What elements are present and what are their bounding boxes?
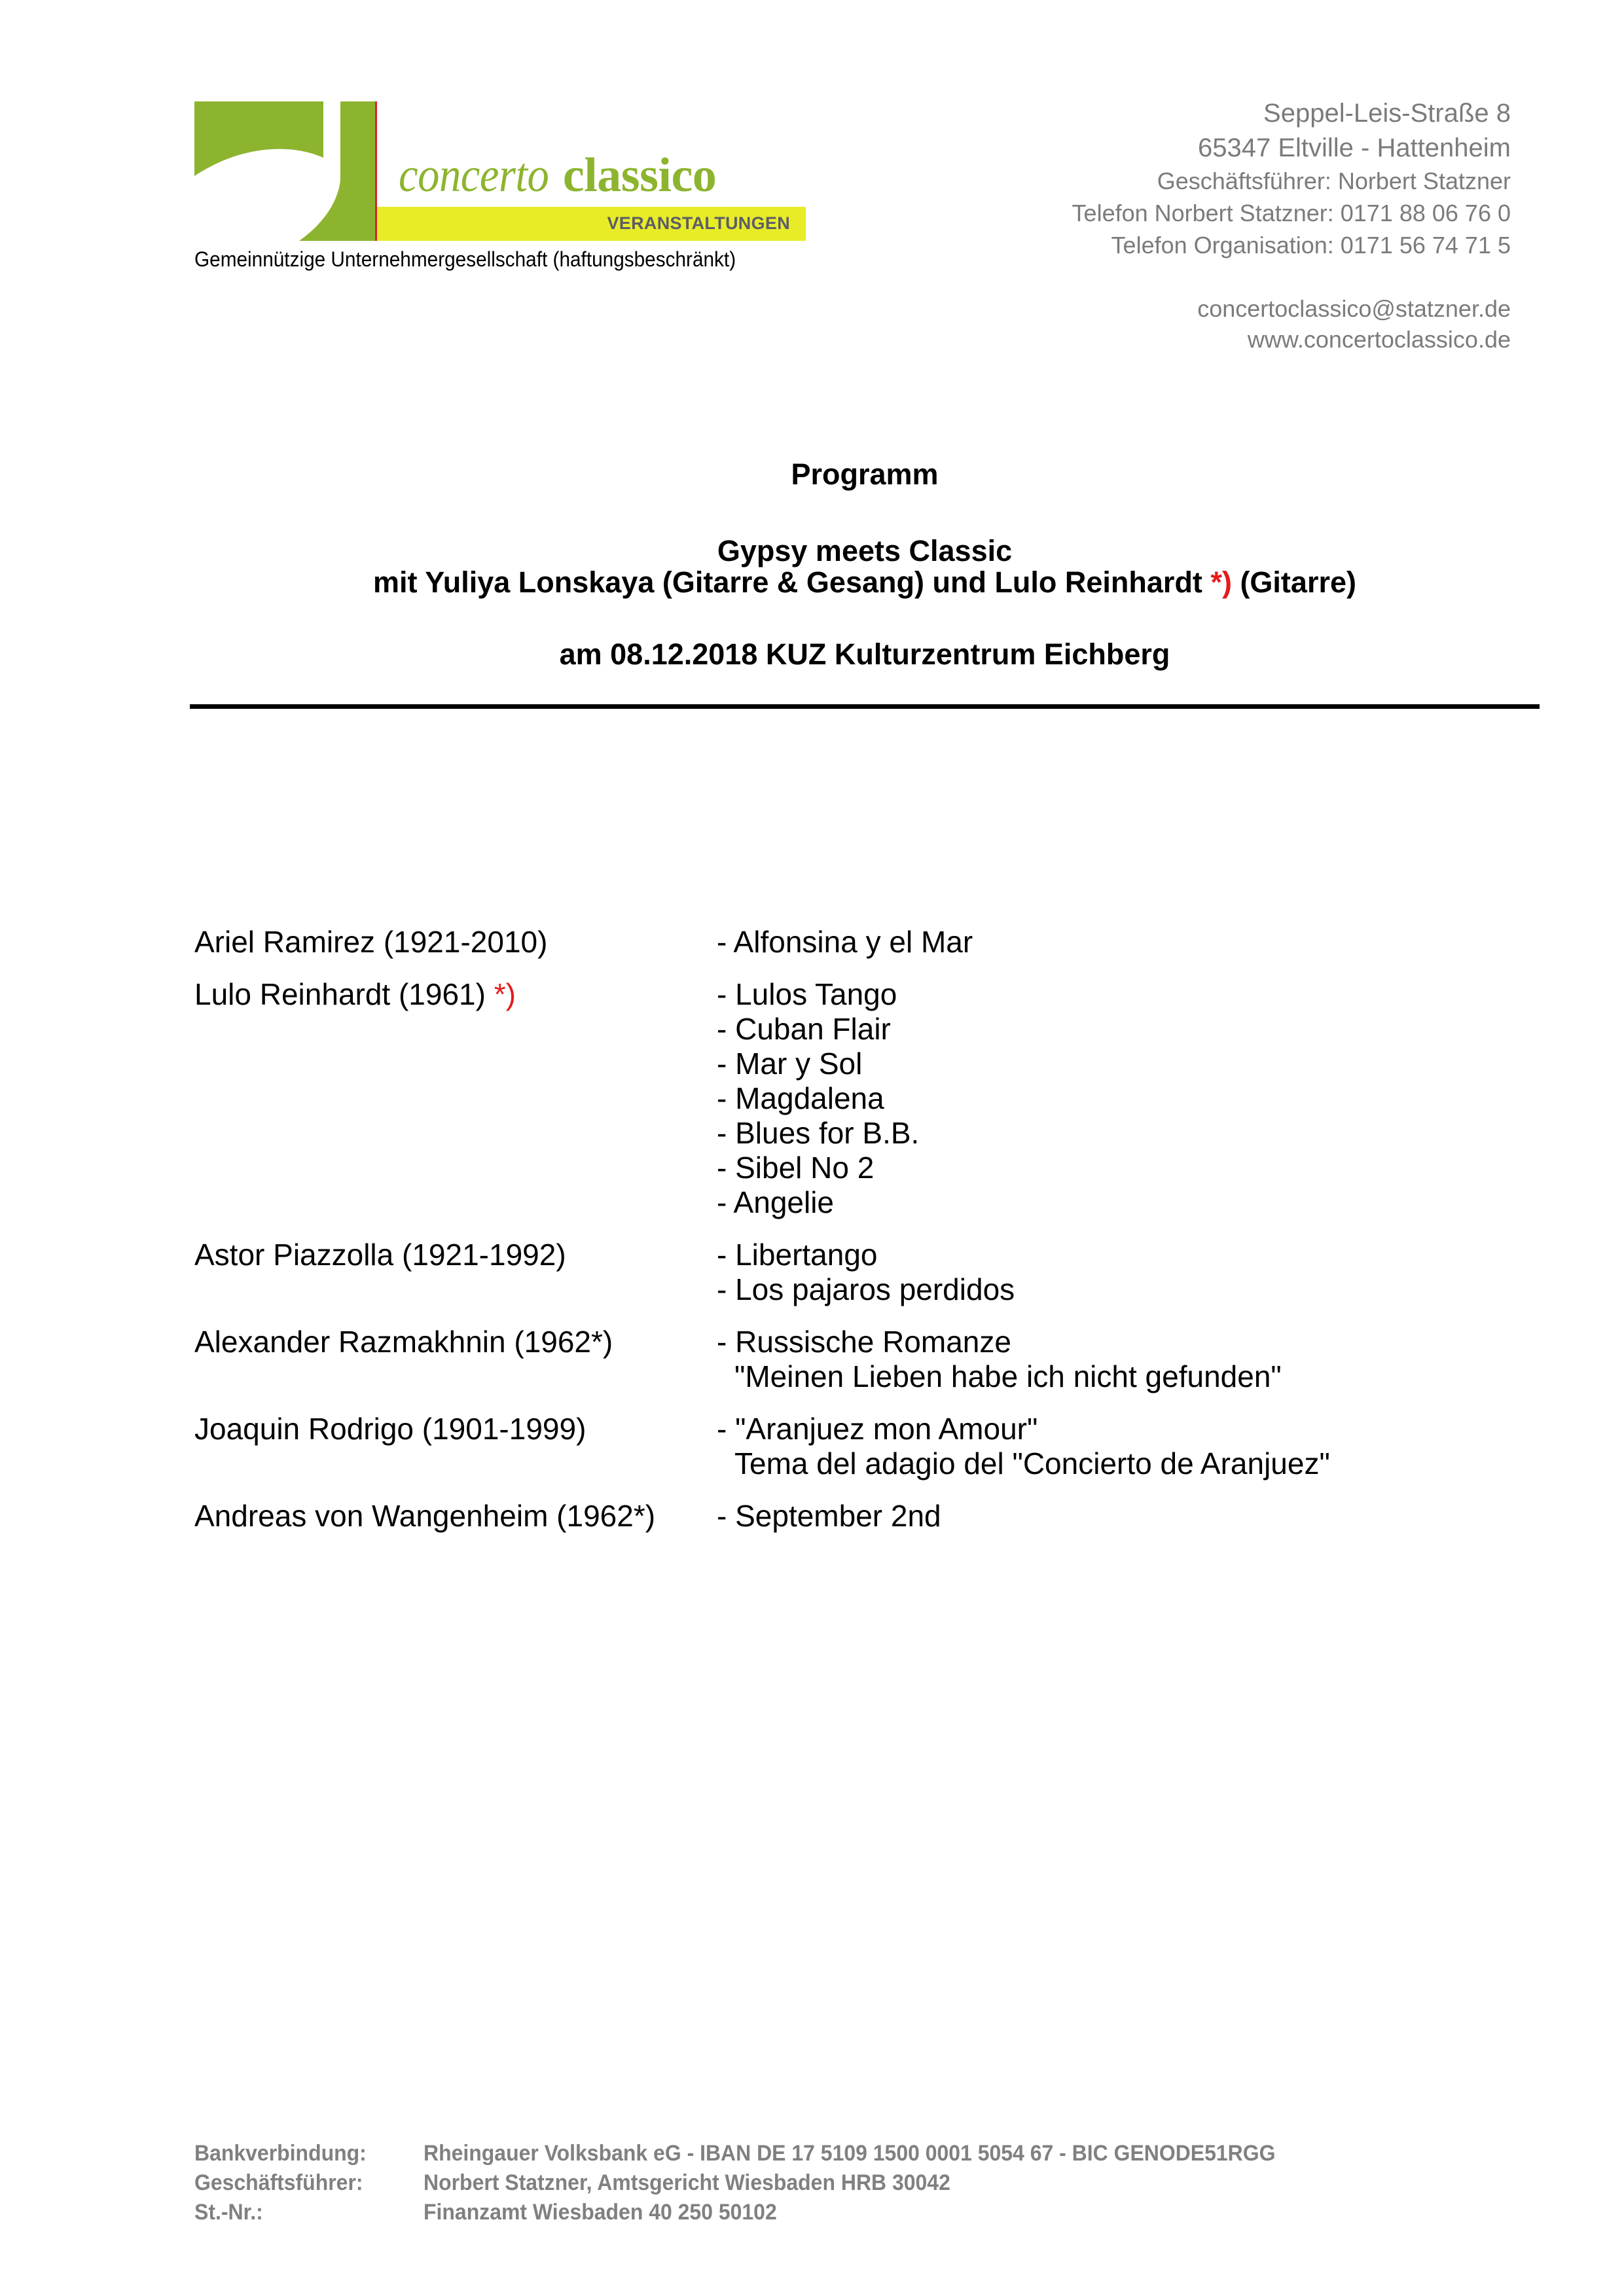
composer-text: Astor Piazzolla (1921-1992) bbox=[194, 1238, 566, 1272]
divider bbox=[190, 704, 1540, 709]
piece-title: "Meinen Lieben habe ich nicht gefunden" bbox=[717, 1359, 1504, 1394]
program-entry: Alexander Razmakhnin (1962*)- Russische … bbox=[194, 1325, 1504, 1394]
footer-row: St.-Nr.:Finanzamt Wiesbaden 40 250 50102 bbox=[194, 2198, 1330, 2227]
footer-value: Norbert Statzner, Amtsgericht Wiesbaden … bbox=[424, 2168, 950, 2198]
piece-title: - Alfonsina y el Mar bbox=[717, 925, 1504, 960]
event-name: Gypsy meets Classic bbox=[190, 536, 1540, 565]
piece-title: - September 2nd bbox=[717, 1499, 1504, 1534]
footer-label: St.-Nr.: bbox=[194, 2198, 410, 2227]
logo-wordmark: concerto classico bbox=[399, 151, 716, 200]
piece-list: - "Aranjuez mon Amour"Tema del adagio de… bbox=[717, 1412, 1504, 1481]
logo-word-classico: classico bbox=[563, 149, 716, 202]
piece-title: - Libertango bbox=[717, 1238, 1504, 1272]
program-entry: Lulo Reinhardt (1961) *)- Lulos Tango- C… bbox=[194, 977, 1504, 1220]
piece-title: - Magdalena bbox=[717, 1081, 1504, 1116]
piece-title: Tema del adagio del "Concierto de Aranju… bbox=[717, 1446, 1504, 1481]
composer-name: Lulo Reinhardt (1961) *) bbox=[194, 977, 717, 1220]
piece-title: - "Aranjuez mon Amour" bbox=[717, 1412, 1504, 1446]
piece-title: - Cuban Flair bbox=[717, 1012, 1504, 1047]
program-entry: Joaquin Rodrigo (1901-1999)- "Aranjuez m… bbox=[194, 1412, 1504, 1481]
page-title: Programm bbox=[190, 459, 1540, 489]
piece-title: - Russische Romanze bbox=[717, 1325, 1504, 1359]
piece-title: - Sibel No 2 bbox=[717, 1151, 1504, 1185]
piece-title: - Angelie bbox=[717, 1185, 1504, 1220]
logo-subtitle: VERANSTALTUNGEN bbox=[607, 215, 791, 232]
address-manager: Geschäftsführer: Norbert Statzner bbox=[1157, 170, 1511, 193]
composer-text: Andreas von Wangenheim (1962*) bbox=[194, 1499, 655, 1533]
email-link[interactable]: concertoclassico@statzner.de bbox=[1197, 297, 1511, 321]
piece-list: - Russische Romanze"Meinen Lieben habe i… bbox=[717, 1325, 1504, 1394]
address-city: 65347 Eltville - Hattenheim bbox=[1198, 135, 1511, 161]
piece-title: - Blues for B.B. bbox=[717, 1116, 1504, 1151]
piece-list: - Libertango- Los pajaros perdidos bbox=[717, 1238, 1504, 1307]
footnote-mark: *) bbox=[1210, 565, 1232, 599]
event-date-venue: am 08.12.2018 KUZ Kulturzentrum Eichberg bbox=[190, 639, 1540, 669]
piece-list: - Alfonsina y el Mar bbox=[717, 925, 1504, 960]
address-street: Seppel-Leis-Straße 8 bbox=[1263, 100, 1511, 126]
artists-instrument: (Gitarre) bbox=[1232, 565, 1356, 599]
company-tagline: Gemeinnützige Unternehmergesellschaft (h… bbox=[194, 247, 736, 272]
piece-title: - Los pajaros perdidos bbox=[717, 1272, 1504, 1307]
program-list: Ariel Ramirez (1921-2010)- Alfonsina y e… bbox=[194, 925, 1504, 1551]
piece-list: - Lulos Tango- Cuban Flair- Mar y Sol- M… bbox=[717, 977, 1504, 1220]
composer-name: Alexander Razmakhnin (1962*) bbox=[194, 1325, 717, 1394]
company-logo: concerto classico VERANSTALTUNGEN bbox=[194, 101, 810, 242]
program-entry: Ariel Ramirez (1921-2010)- Alfonsina y e… bbox=[194, 925, 1504, 960]
website-link[interactable]: www.concertoclassico.de bbox=[1248, 328, 1511, 351]
composer-text: Alexander Razmakhnin (1962*) bbox=[194, 1325, 613, 1359]
event-artists: mit Yuliya Lonskaya (Gitarre & Gesang) u… bbox=[190, 567, 1540, 597]
logo-word-concerto: concerto bbox=[399, 151, 549, 200]
composer-name: Andreas von Wangenheim (1962*) bbox=[194, 1499, 717, 1534]
artists-text: mit Yuliya Lonskaya (Gitarre & Gesang) u… bbox=[373, 565, 1210, 599]
footer-row: Geschäftsführer:Norbert Statzner, Amtsge… bbox=[194, 2168, 1330, 2198]
footer: Bankverbindung:Rheingauer Volksbank eG -… bbox=[194, 2139, 1330, 2227]
composer-name: Ariel Ramirez (1921-2010) bbox=[194, 925, 717, 960]
footer-row: Bankverbindung:Rheingauer Volksbank eG -… bbox=[194, 2139, 1330, 2168]
program-entry: Andreas von Wangenheim (1962*)- Septembe… bbox=[194, 1499, 1504, 1534]
composer-name: Astor Piazzolla (1921-1992) bbox=[194, 1238, 717, 1307]
piece-title: - Mar y Sol bbox=[717, 1047, 1504, 1081]
piece-list: - September 2nd bbox=[717, 1499, 1504, 1534]
composer-text: Lulo Reinhardt (1961) bbox=[194, 977, 494, 1011]
program-entry: Astor Piazzolla (1921-1992)- Libertango-… bbox=[194, 1238, 1504, 1307]
piece-title: - Lulos Tango bbox=[717, 977, 1504, 1012]
footer-label: Bankverbindung: bbox=[194, 2139, 410, 2168]
footer-label: Geschäftsführer: bbox=[194, 2168, 410, 2198]
footer-value: Finanzamt Wiesbaden 40 250 50102 bbox=[424, 2198, 777, 2227]
footer-value: Rheingauer Volksbank eG - IBAN DE 17 510… bbox=[424, 2139, 1275, 2168]
footnote-mark: *) bbox=[494, 977, 516, 1011]
phone-manager: Telefon Norbert Statzner: 0171 88 06 76 … bbox=[1072, 202, 1511, 225]
composer-text: Joaquin Rodrigo (1901-1999) bbox=[194, 1412, 586, 1446]
composer-text: Ariel Ramirez (1921-2010) bbox=[194, 925, 547, 959]
composer-name: Joaquin Rodrigo (1901-1999) bbox=[194, 1412, 717, 1481]
phone-organisation: Telefon Organisation: 0171 56 74 71 5 bbox=[1111, 234, 1511, 257]
